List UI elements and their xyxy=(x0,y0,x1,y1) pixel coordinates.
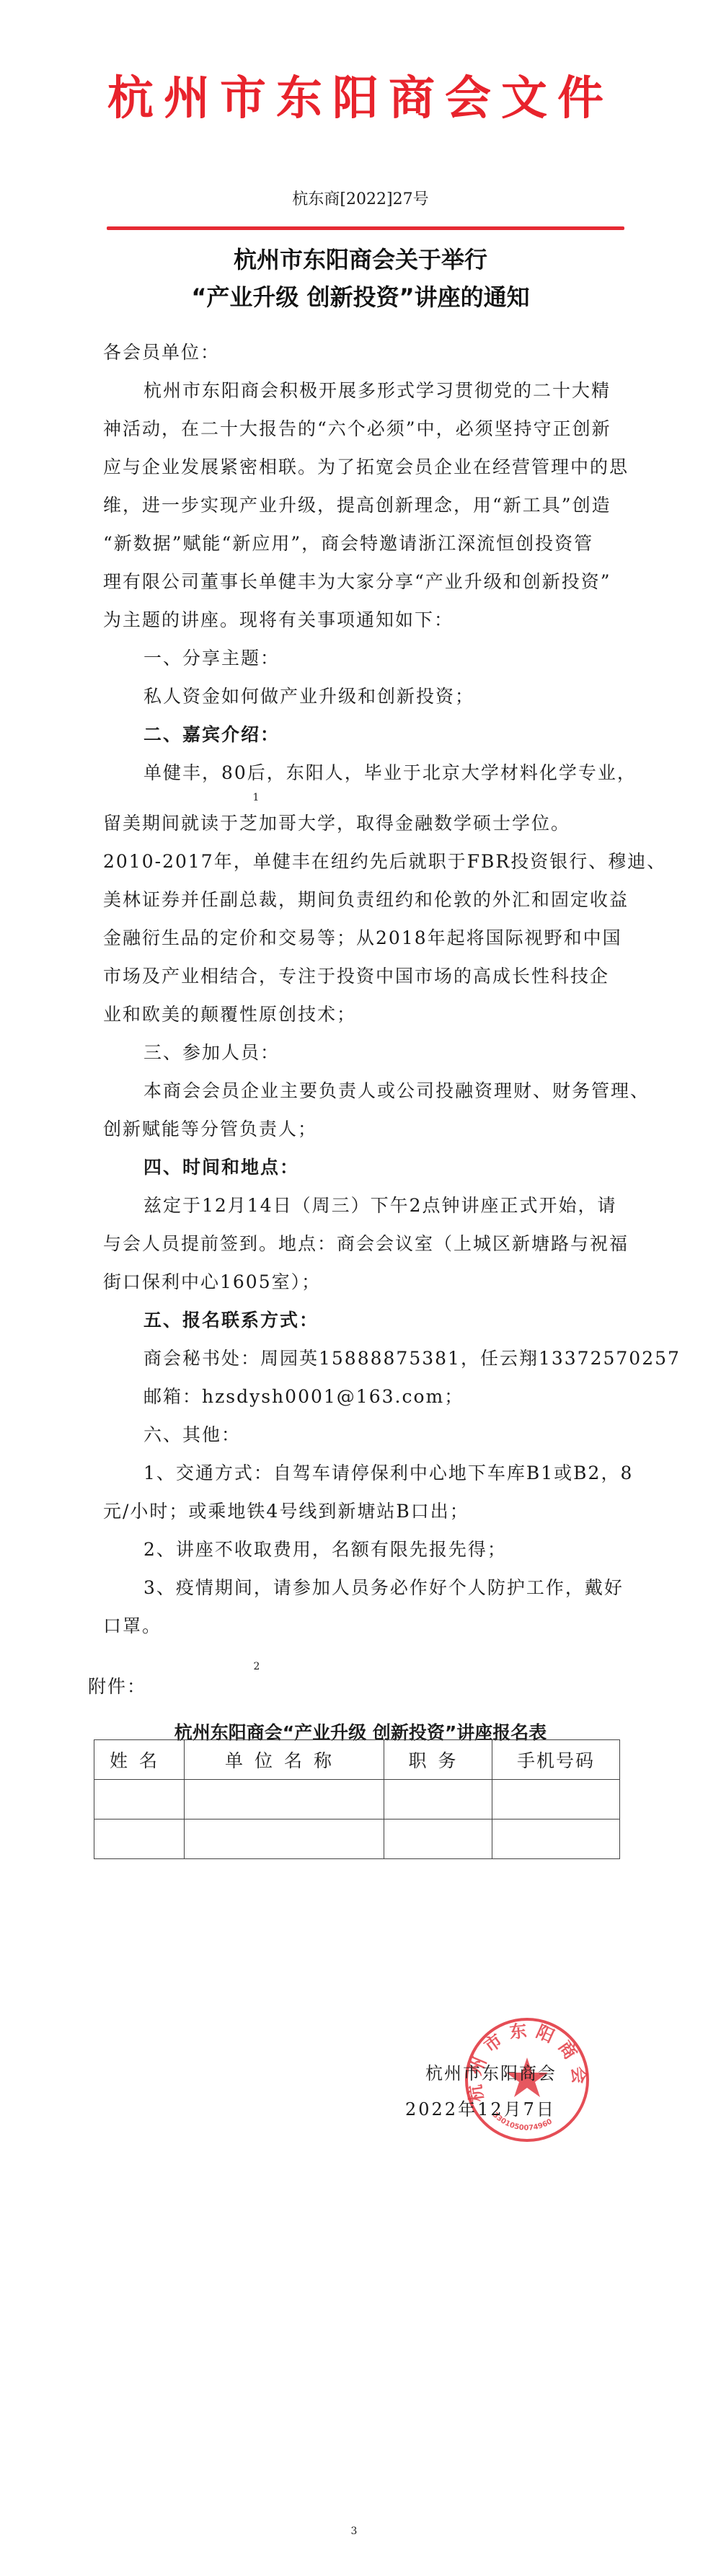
table-row xyxy=(94,1819,620,1859)
registration-table: 姓名 单位名称 职务 手机号码 xyxy=(94,1739,620,1859)
cell-phone[interactable] xyxy=(492,1780,620,1819)
section-text: 单健丰，80后，东阳人，毕业于北京大学材料化学专业， xyxy=(103,754,627,792)
section-text: 市场及产业相结合，专注于投资中国市场的高成长性科技企 xyxy=(103,957,627,995)
section-text: 私人资金如何做产业升级和创新投资； xyxy=(103,677,627,715)
section-text: 兹定于12月14日（周三）下午2点钟讲座正式开始，请 xyxy=(103,1186,627,1225)
section-heading-other: 六、其他： xyxy=(103,1416,627,1454)
cell-name[interactable] xyxy=(94,1819,185,1859)
signer-org: 杭州市东阳商会 xyxy=(425,2061,557,2086)
section-text: 口罩。 xyxy=(103,1607,627,1645)
intro-line: 杭州市东阳商会积极开展多形式学习贯彻党的二十大精 xyxy=(103,371,627,410)
section-text: 创新赋能等分管负责人； xyxy=(103,1110,627,1148)
cell-name[interactable] xyxy=(94,1780,185,1819)
contact-email[interactable]: 邮箱：hzsdysh0001@163.com； xyxy=(103,1377,627,1416)
cell-position[interactable] xyxy=(384,1819,492,1859)
signing-date: 2022年12月7日 xyxy=(405,2097,556,2122)
section-text: 留美期间就读于芝加哥大学，取得金融数学硕士学位。 xyxy=(103,792,627,842)
section-text: 2、讲座不收取费用，名额有限先报先得； xyxy=(103,1530,627,1569)
section-text: 3、疫情期间，请参加人员务必作好个人防护工作，戴好 xyxy=(103,1569,627,1607)
section-text: 元/小时；或乘地铁4号线到新塘站B口出； xyxy=(103,1492,627,1530)
annex-label: 附件： xyxy=(88,1675,146,1699)
section-text: 街口保利中心1605室）； xyxy=(103,1263,627,1301)
section-text: 业和欧美的颠覆性原创技术； xyxy=(103,995,627,1033)
page-number-3: 3 xyxy=(340,2526,368,2537)
section-heading-guest: 二、嘉宾介绍： xyxy=(103,715,627,754)
page-number-2: 2 xyxy=(242,1661,271,1672)
intro-line: 理有限公司董事长单健丰为大家分享“产业升级和创新投资” xyxy=(103,563,627,601)
section-heading-time-place: 四、时间和地点： xyxy=(103,1148,627,1186)
section-text: 金融衍生品的定价和交易等；从2018年起将国际视野和中国 xyxy=(103,919,627,957)
cell-company[interactable] xyxy=(185,1819,384,1859)
cell-company[interactable] xyxy=(185,1780,384,1819)
greeting: 各会员单位： xyxy=(103,333,627,371)
table-row xyxy=(94,1780,620,1819)
section-text: 美林证券并任副总裁，期间负责纽约和伦敦的外汇和固定收益 xyxy=(103,881,627,919)
contact-phones: 商会秘书处：周园英15888875381，任云翔13372570257 xyxy=(103,1339,627,1377)
table-header-row: 姓名 单位名称 职务 手机号码 xyxy=(94,1740,620,1780)
section-heading-attendees: 三、参加人员： xyxy=(103,1033,627,1072)
document-number: 杭东商[2022]27号 xyxy=(0,189,721,211)
notice-title-line2: “产业升级 创新投资”讲座的通知 xyxy=(0,283,721,312)
intro-line: 应与企业发展紧密相联。为了拓宽会员企业在经营管理中的思 xyxy=(103,448,627,486)
section-text: 1、交通方式：自驾车请停保利中心地下车库B1或B2，8 xyxy=(103,1454,627,1492)
intro-line: “新数据”赋能“新应用”，商会特邀请浙江深流恒创投资管 xyxy=(103,524,627,563)
notice-body: 各会员单位： 杭州市东阳商会积极开展多形式学习贯彻党的二十大精 神活动，在二十大… xyxy=(103,333,627,1645)
section-text: 与会人员提前签到。地点：商会会议室（上城区新塘路与祝福 xyxy=(103,1225,627,1263)
header-company: 单位名称 xyxy=(185,1740,384,1780)
intro-line: 神活动，在二十大报告的“六个必须”中，必须坚持守正创新 xyxy=(103,410,627,448)
org-banner: 杭州市东阳商会文件 xyxy=(0,66,721,131)
cell-position[interactable] xyxy=(384,1780,492,1819)
page-number-1: 1 xyxy=(242,792,270,803)
notice-title-line1: 杭州市东阳商会关于举行 xyxy=(0,245,721,274)
section-text: 2010-2017年，单健丰在纽约先后就职于FBR投资银行、穆迪、 xyxy=(103,842,627,881)
section-heading-contact: 五、报名联系方式： xyxy=(103,1301,627,1339)
section-text: 本商会会员企业主要负责人或公司投融资理财、财务管理、 xyxy=(103,1072,627,1110)
intro-line: 为主题的讲座。现将有关事项通知如下： xyxy=(103,601,627,639)
header-name: 姓名 xyxy=(94,1740,185,1780)
section-heading-topic: 一、分享主题： xyxy=(103,639,627,677)
red-divider xyxy=(107,226,624,230)
intro-line: 维，进一步实现产业升级，提高创新理念，用“新工具”创造 xyxy=(103,486,627,524)
header-phone: 手机号码 xyxy=(492,1740,620,1780)
cell-phone[interactable] xyxy=(492,1819,620,1859)
header-position: 职务 xyxy=(384,1740,492,1780)
